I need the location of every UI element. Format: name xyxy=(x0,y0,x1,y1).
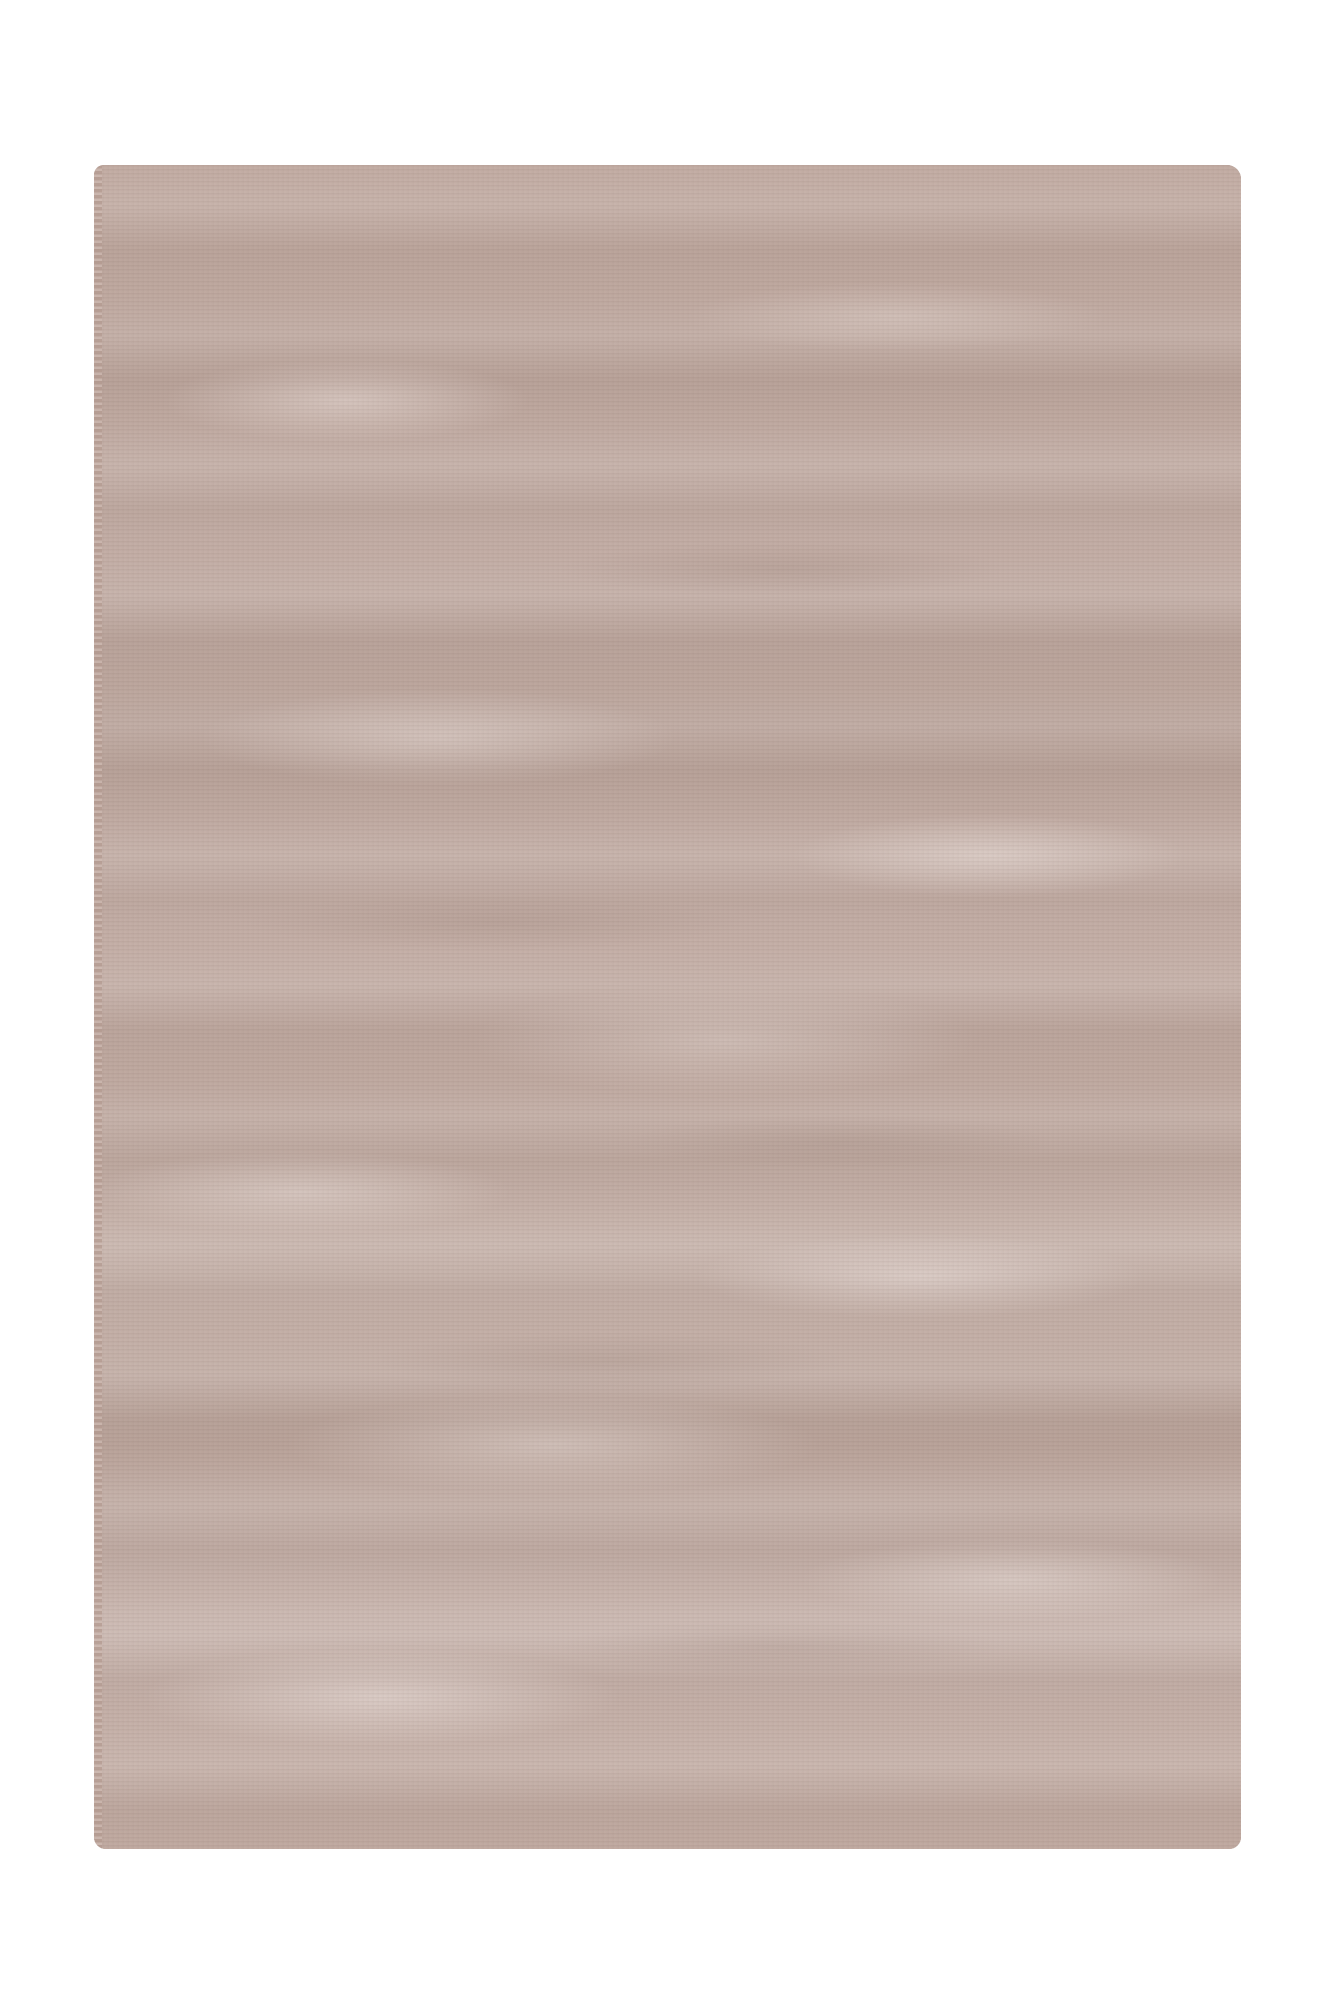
rug-pile-texture xyxy=(94,165,1241,1849)
rug-binding-edge xyxy=(94,165,102,1849)
rug xyxy=(94,165,1241,1849)
photo-canvas xyxy=(0,0,1333,2000)
